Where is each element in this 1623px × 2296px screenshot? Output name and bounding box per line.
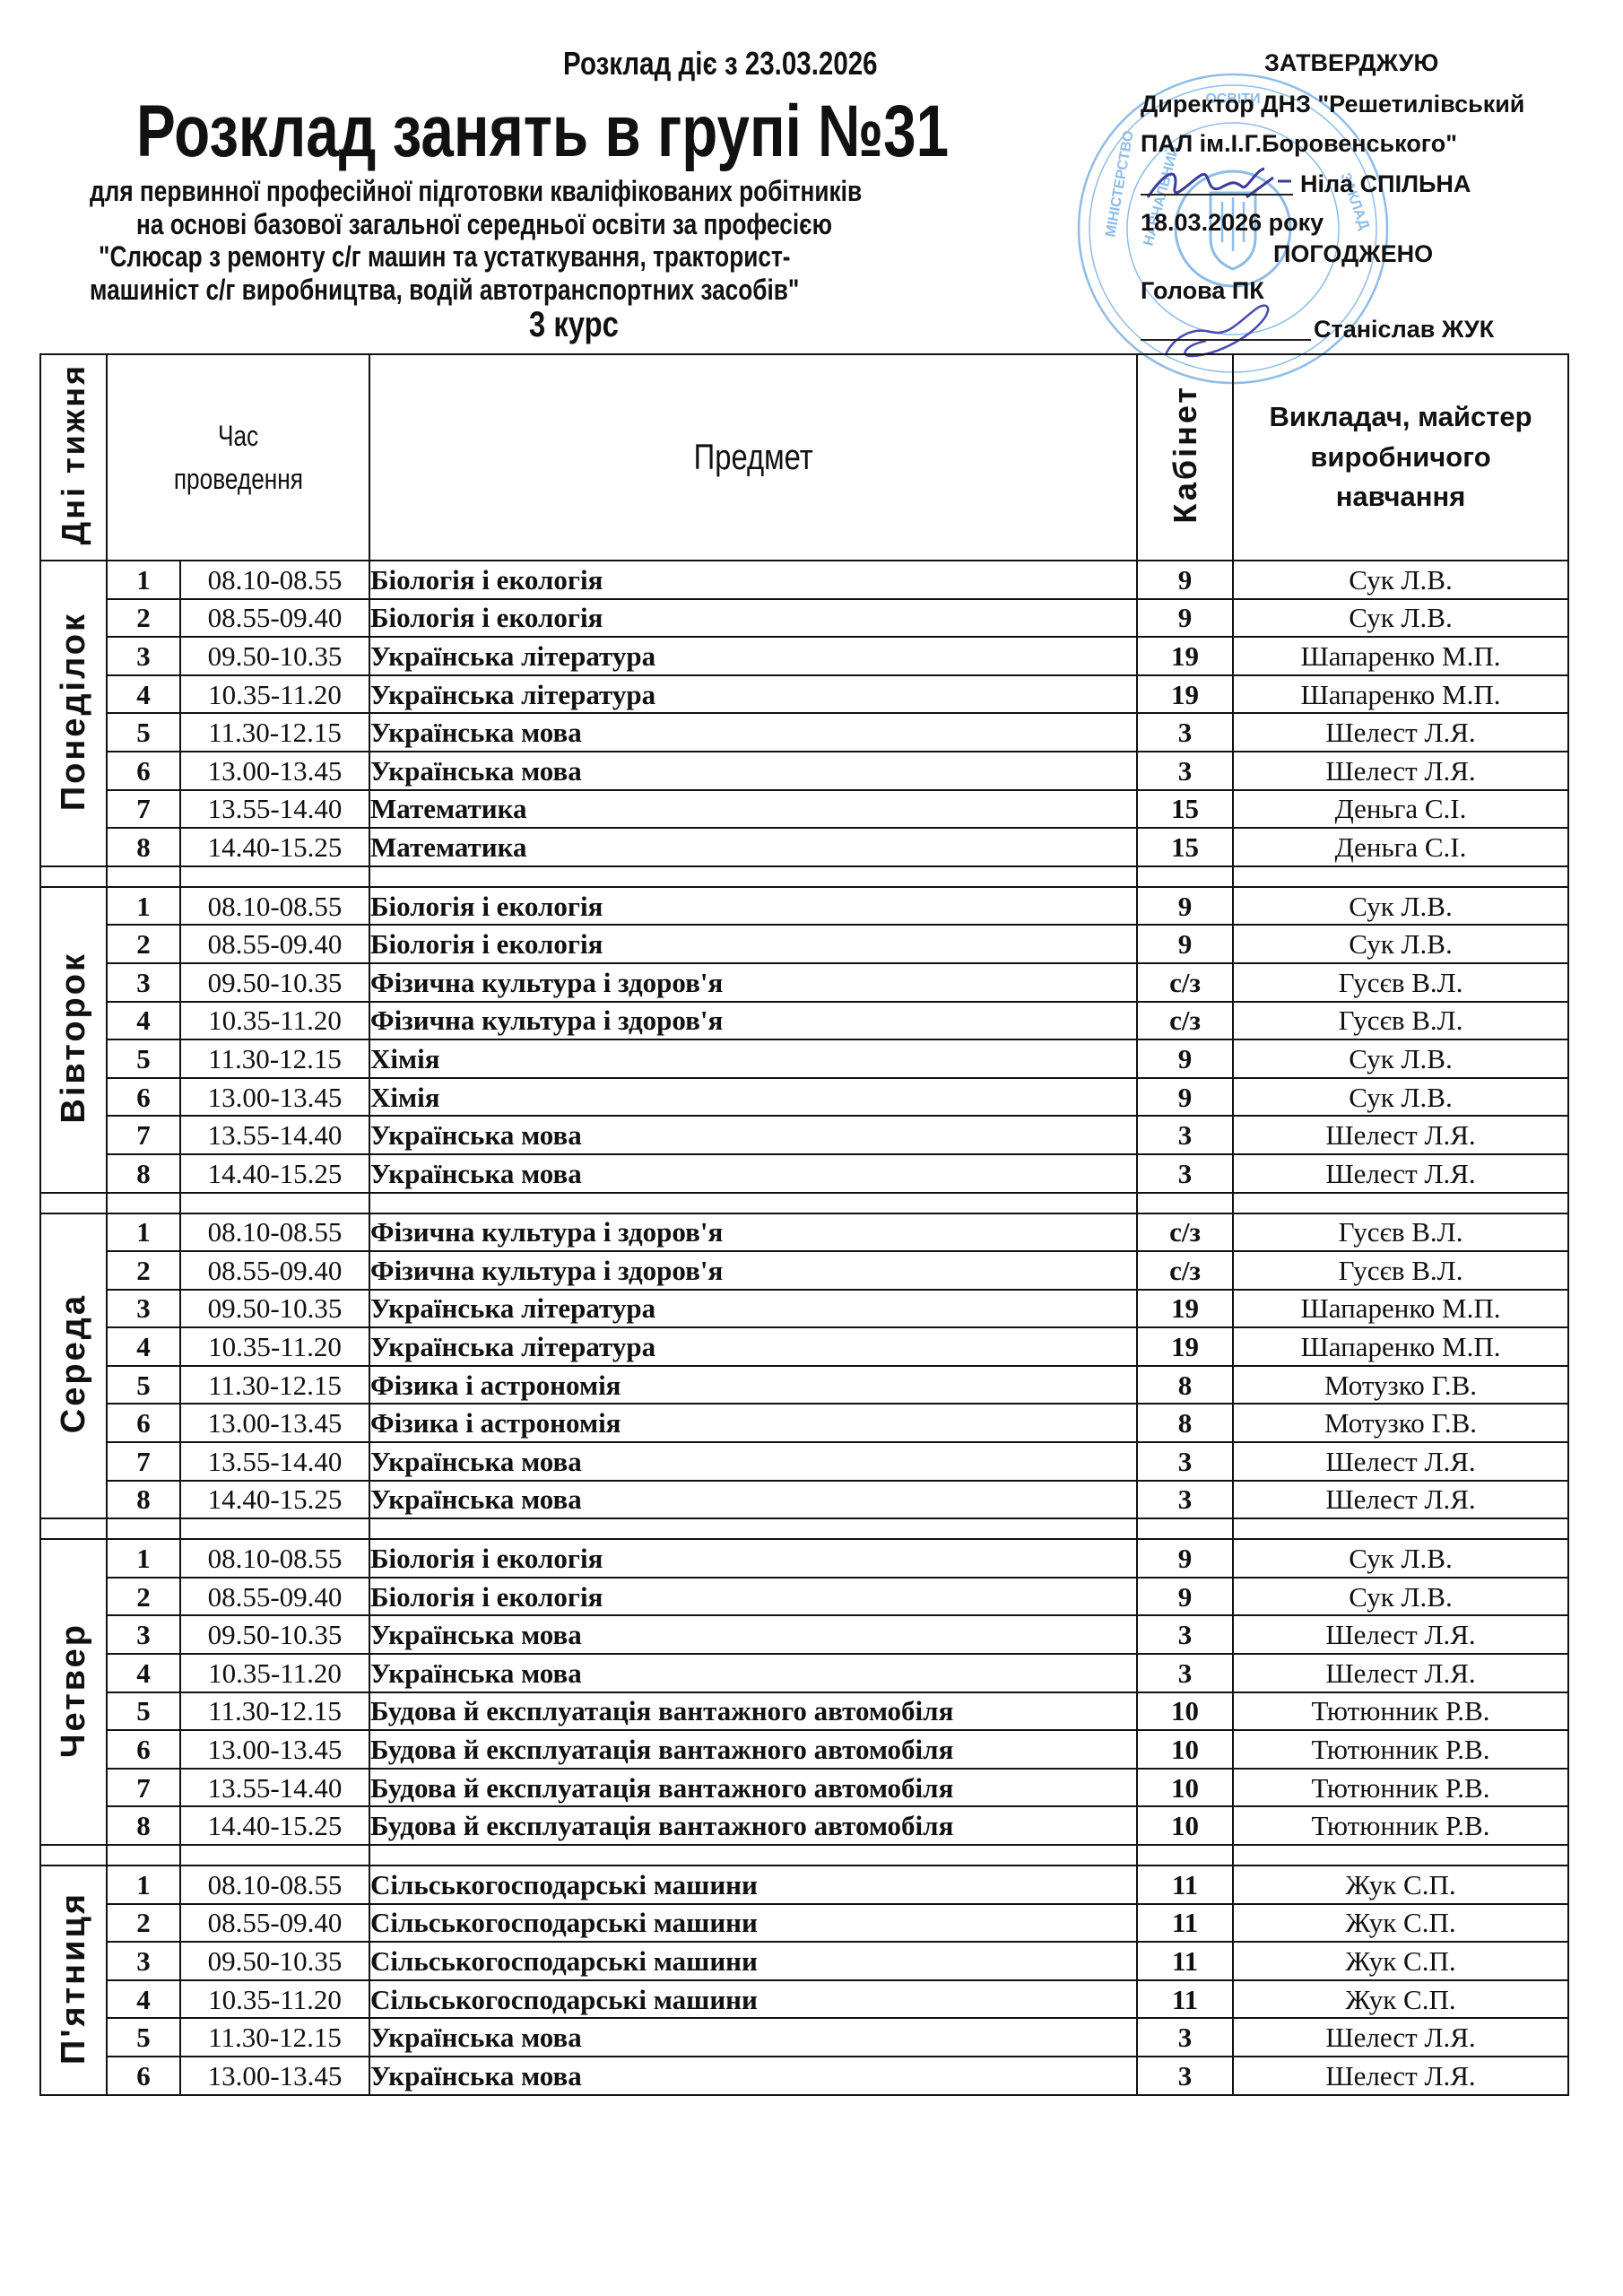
lesson-number: 8: [107, 1154, 180, 1193]
lesson-room: 8: [1137, 1366, 1233, 1405]
lesson-number: 6: [107, 1078, 180, 1117]
table-header-row: Дні тижня Час проведення Предмет Кабінет…: [40, 354, 1568, 561]
lesson-time: 10.35-11.20: [180, 1327, 369, 1366]
column-header-time: Час проведення: [107, 354, 369, 561]
empty-cell: [40, 866, 107, 887]
lesson-subject: Фізика і астрономія: [369, 1366, 1137, 1405]
lesson-subject: Українська мова: [369, 1154, 1137, 1193]
lesson-teacher: Шелест Л.Я.: [1233, 752, 1568, 790]
lesson-subject: Біологія і екологія: [369, 887, 1137, 926]
empty-cell: [40, 1845, 107, 1865]
lesson-subject: Сільськогосподарські машини: [369, 1904, 1137, 1943]
lesson-teacher: Тютюнник Р.В.: [1233, 1806, 1568, 1845]
subtitle-line-1: для первинної професійної підготовки ква…: [90, 175, 1031, 208]
day-label: Четвер: [56, 1622, 91, 1758]
lesson-room: 9: [1137, 1078, 1233, 1117]
empty-cell: [369, 1518, 1137, 1539]
table-row: 208.55-09.40Біологія і екологія9Сук Л.В.: [40, 925, 1568, 963]
column-header-teacher-text: навчання: [1336, 477, 1466, 517]
table-row: 309.50-10.35Українська література19Шапар…: [40, 1290, 1568, 1328]
table-row: 410.35-11.20Українська мова3Шелест Л.Я.: [40, 1654, 1568, 1692]
lesson-teacher: Шапаренко М.П.: [1233, 637, 1568, 675]
lesson-number: 5: [107, 1366, 180, 1405]
table-row: 511.30-12.15Українська мова3Шелест Л.Я.: [40, 713, 1568, 752]
lesson-subject: Хімія: [369, 1078, 1137, 1117]
lesson-room: 3: [1137, 1654, 1233, 1692]
lesson-number: 2: [107, 1251, 180, 1290]
lesson-time: 09.50-10.35: [180, 963, 369, 1002]
lesson-subject: Українська література: [369, 1290, 1137, 1328]
day-label: Середа: [56, 1293, 91, 1433]
lesson-number: 4: [107, 1980, 180, 2019]
table-row: Понеділок108.10-08.55Біологія і екологія…: [40, 561, 1568, 599]
empty-cell: [40, 1518, 107, 1539]
lesson-subject: Українська мова: [369, 1615, 1137, 1654]
table-row: 613.00-13.45Будова й експлуатація вантаж…: [40, 1730, 1568, 1769]
column-header-day: Дні тижня: [40, 354, 107, 561]
lesson-time: 14.40-15.25: [180, 1154, 369, 1193]
course-label: 3 курс: [529, 305, 638, 345]
empty-cell: [40, 1193, 107, 1213]
table-row: 511.30-12.15Фізика і астрономія8Мотузко …: [40, 1366, 1568, 1405]
empty-cell: [369, 1193, 1137, 1213]
schedule-body: Понеділок108.10-08.55Біологія і екологія…: [40, 561, 1568, 2095]
table-row: 613.00-13.45Хімія9Сук Л.В.: [40, 1078, 1568, 1117]
lesson-subject: Українська мова: [369, 1481, 1137, 1519]
lesson-room: 9: [1137, 887, 1233, 926]
lesson-time: 13.55-14.40: [180, 790, 369, 829]
lesson-time: 13.55-14.40: [180, 1442, 369, 1481]
lesson-room: 11: [1137, 1904, 1233, 1943]
director-position-line2: ПАЛ ім.І.Г.Боровенського": [1141, 130, 1457, 158]
empty-cell: [180, 1845, 369, 1865]
lesson-teacher: Сук Л.В.: [1233, 561, 1568, 599]
lesson-subject: Біологія і екологія: [369, 1578, 1137, 1616]
lesson-teacher: Шапаренко М.П.: [1233, 1327, 1568, 1366]
lesson-number: 7: [107, 1442, 180, 1481]
lesson-time: 11.30-12.15: [180, 1366, 369, 1405]
subtitle-text: "Слюсар з ремонту с/г машин та устаткува…: [99, 240, 791, 274]
lesson-room: 3: [1137, 752, 1233, 790]
day-label-cell: Четвер: [40, 1539, 107, 1845]
day-label-cell: Понеділок: [40, 561, 107, 866]
subtitle-text: на основі базової загальної середньої ос…: [136, 208, 832, 241]
day-label-cell: Середа: [40, 1213, 107, 1519]
table-row: 814.40-15.25Українська мова3Шелест Л.Я.: [40, 1154, 1568, 1193]
empty-cell: [369, 1845, 1137, 1865]
lesson-room: с/з: [1137, 1002, 1233, 1040]
lesson-subject: Фізична культура і здоров'я: [369, 1251, 1137, 1290]
lesson-number: 7: [107, 790, 180, 829]
lesson-teacher: Мотузко Г.В.: [1233, 1404, 1568, 1442]
lesson-room: 3: [1137, 1116, 1233, 1154]
lesson-number: 1: [107, 561, 180, 599]
lesson-teacher: Гусєв В.Л.: [1233, 963, 1568, 1002]
column-header-room-text: Кабінет: [1167, 385, 1204, 524]
day-separator-row: [40, 866, 1568, 887]
lesson-number: 5: [107, 1039, 180, 1078]
union-head-position: Голова ПК: [1141, 277, 1264, 305]
lesson-room: с/з: [1137, 963, 1233, 1002]
lesson-number: 5: [107, 1692, 180, 1731]
lesson-teacher: Шапаренко М.П.: [1233, 675, 1568, 714]
subtitle-line-4: машиніст с/г виробництва, водій автотран…: [90, 274, 955, 307]
lesson-teacher: Жук С.П.: [1233, 1980, 1568, 2019]
lesson-room: 3: [1137, 1481, 1233, 1519]
director-signature-icon: [1139, 161, 1296, 206]
lesson-room: 3: [1137, 1615, 1233, 1654]
lesson-teacher: Шелест Л.Я.: [1233, 1116, 1568, 1154]
lesson-number: 2: [107, 1578, 180, 1616]
column-header-subject-text: Предмет: [693, 430, 812, 484]
empty-cell: [1233, 866, 1568, 887]
empty-cell: [1233, 1193, 1568, 1213]
lesson-number: 8: [107, 828, 180, 866]
director-position-line1: Директор ДНЗ "Решетилівський: [1141, 91, 1524, 118]
column-header-teacher-text: виробничого: [1310, 438, 1490, 478]
lesson-time: 11.30-12.15: [180, 1692, 369, 1731]
day-label-cell: Вівторок: [40, 887, 107, 1193]
lesson-time: 09.50-10.35: [180, 1290, 369, 1328]
lesson-room: 9: [1137, 925, 1233, 963]
lesson-subject: Сільськогосподарські машини: [369, 1865, 1137, 1904]
lesson-room: 9: [1137, 1578, 1233, 1616]
lesson-teacher: Жук С.П.: [1233, 1942, 1568, 1980]
table-row: 410.35-11.20Українська література19Шапар…: [40, 675, 1568, 714]
table-row: 713.55-14.40Українська мова3Шелест Л.Я.: [40, 1442, 1568, 1481]
lesson-subject: Математика: [369, 828, 1137, 866]
lesson-teacher: Сук Л.В.: [1233, 1578, 1568, 1616]
empty-cell: [1233, 1518, 1568, 1539]
lesson-room: 9: [1137, 599, 1233, 638]
empty-cell: [107, 1193, 180, 1213]
lesson-room: 3: [1137, 2018, 1233, 2057]
lesson-time: 08.55-09.40: [180, 1904, 369, 1943]
lesson-teacher: Деньга С.І.: [1233, 790, 1568, 829]
day-separator-row: [40, 1193, 1568, 1213]
lesson-time: 13.55-14.40: [180, 1116, 369, 1154]
lesson-teacher: Жук С.П.: [1233, 1904, 1568, 1943]
lesson-subject: Будова й експлуатація вантажного автомоб…: [369, 1806, 1137, 1845]
table-row: 511.30-12.15Хімія9Сук Л.В.: [40, 1039, 1568, 1078]
lesson-subject: Українська література: [369, 1327, 1137, 1366]
lesson-teacher: Деньга С.І.: [1233, 828, 1568, 866]
lesson-number: 4: [107, 1002, 180, 1040]
lesson-number: 2: [107, 599, 180, 638]
lesson-room: 8: [1137, 1404, 1233, 1442]
lesson-time: 13.00-13.45: [180, 1078, 369, 1117]
table-row: 208.55-09.40Фізична культура і здоров'яс…: [40, 1251, 1568, 1290]
union-head-name: Станіслав ЖУК: [1314, 316, 1494, 344]
lesson-number: 6: [107, 2057, 180, 2095]
lesson-room: 19: [1137, 1290, 1233, 1328]
lesson-room: 3: [1137, 713, 1233, 752]
lesson-number: 1: [107, 1213, 180, 1252]
lesson-room: 3: [1137, 1154, 1233, 1193]
lesson-teacher: Гусєв В.Л.: [1233, 1213, 1568, 1252]
subtitle-line-3: "Слюсар з ремонту с/г машин та устаткува…: [99, 240, 942, 274]
lesson-time: 08.10-08.55: [180, 561, 369, 599]
lesson-room: 9: [1137, 1039, 1233, 1078]
union-signature-line: [1141, 339, 1311, 341]
director-name: Ніла СПІЛЬНА: [1300, 170, 1471, 198]
agreed-title: ПОГОДЖЕНО: [1273, 240, 1433, 268]
lesson-teacher: Шелест Л.Я.: [1233, 1442, 1568, 1481]
lesson-teacher: Гусєв В.Л.: [1233, 1251, 1568, 1290]
lesson-subject: Українська література: [369, 637, 1137, 675]
lesson-room: 19: [1137, 1327, 1233, 1366]
lesson-number: 3: [107, 1290, 180, 1328]
lesson-subject: Біологія і екологія: [369, 599, 1137, 638]
table-row: 309.50-10.35Українська література19Шапар…: [40, 637, 1568, 675]
lesson-teacher: Шелест Л.Я.: [1233, 2057, 1568, 2095]
lesson-time: 08.10-08.55: [180, 1539, 369, 1578]
lesson-time: 11.30-12.15: [180, 2018, 369, 2057]
lesson-number: 5: [107, 2018, 180, 2057]
lesson-room: 19: [1137, 637, 1233, 675]
day-separator-row: [40, 1518, 1568, 1539]
table-row: 208.55-09.40Біологія і екологія9Сук Л.В.: [40, 1578, 1568, 1616]
director-signature-line: [1141, 194, 1293, 196]
lesson-teacher: Шелест Л.Я.: [1233, 1615, 1568, 1654]
empty-cell: [180, 866, 369, 887]
empty-cell: [180, 1518, 369, 1539]
lesson-number: 8: [107, 1806, 180, 1845]
lesson-room: с/з: [1137, 1251, 1233, 1290]
lesson-subject: Сільськогосподарські машини: [369, 1942, 1137, 1980]
lesson-time: 11.30-12.15: [180, 713, 369, 752]
lesson-teacher: Тютюнник Р.В.: [1233, 1769, 1568, 1807]
table-row: 814.40-15.25Будова й експлуатація вантаж…: [40, 1806, 1568, 1845]
lesson-time: 11.30-12.15: [180, 1039, 369, 1078]
lesson-room: 15: [1137, 790, 1233, 829]
lesson-teacher: Шелест Л.Я.: [1233, 1481, 1568, 1519]
lesson-number: 4: [107, 1654, 180, 1692]
lesson-subject: Будова й експлуатація вантажного автомоб…: [369, 1730, 1137, 1769]
day-separator-row: [40, 1845, 1568, 1865]
lesson-number: 2: [107, 925, 180, 963]
lesson-room: 11: [1137, 1980, 1233, 2019]
lesson-time: 08.10-08.55: [180, 1865, 369, 1904]
empty-cell: [180, 1193, 369, 1213]
lesson-room: 9: [1137, 1539, 1233, 1578]
valid-from-text: Розклад діє з 23.03.2026: [563, 45, 878, 83]
empty-cell: [369, 866, 1137, 887]
lesson-teacher: Сук Л.В.: [1233, 887, 1568, 926]
lesson-subject: Українська мова: [369, 1654, 1137, 1692]
subtitle-line-2: на основі базової загальної середньої ос…: [136, 208, 985, 241]
table-row: 814.40-15.25Українська мова3Шелест Л.Я.: [40, 1481, 1568, 1519]
empty-cell: [107, 1845, 180, 1865]
lesson-time: 09.50-10.35: [180, 637, 369, 675]
column-header-room: Кабінет: [1137, 354, 1233, 561]
lesson-teacher: Сук Л.В.: [1233, 599, 1568, 638]
lesson-teacher: Мотузко Г.В.: [1233, 1366, 1568, 1405]
lesson-teacher: Шелест Л.Я.: [1233, 2018, 1568, 2057]
table-row: 713.55-14.40Будова й експлуатація вантаж…: [40, 1769, 1568, 1807]
day-label: Вівторок: [56, 952, 91, 1124]
column-header-day-text: Дні тижня: [55, 363, 92, 544]
table-row: 309.50-10.35Українська мова3Шелест Л.Я.: [40, 1615, 1568, 1654]
lesson-teacher: Сук Л.В.: [1233, 1078, 1568, 1117]
lesson-room: 10: [1137, 1806, 1233, 1845]
lesson-time: 08.10-08.55: [180, 887, 369, 926]
lesson-subject: Математика: [369, 790, 1137, 829]
lesson-time: 13.00-13.45: [180, 1404, 369, 1442]
lesson-subject: Українська література: [369, 675, 1137, 714]
course-text: 3 курс: [529, 305, 619, 345]
lesson-subject: Будова й експлуатація вантажного автомоб…: [369, 1692, 1137, 1731]
lesson-time: 13.00-13.45: [180, 1730, 369, 1769]
day-label: Понеділок: [56, 612, 91, 811]
lesson-subject: Фізична культура і здоров'я: [369, 963, 1137, 1002]
lesson-time: 10.35-11.20: [180, 1002, 369, 1040]
column-header-time-text: Час: [218, 414, 258, 457]
table-row: П'ятниця108.10-08.55Сільськогосподарські…: [40, 1865, 1568, 1904]
column-header-time-text: проведення: [173, 457, 302, 500]
lesson-time: 10.35-11.20: [180, 1654, 369, 1692]
table-row: 613.00-13.45Фізика і астрономія8Мотузко …: [40, 1404, 1568, 1442]
lesson-time: 14.40-15.25: [180, 1806, 369, 1845]
lesson-number: 1: [107, 1865, 180, 1904]
lesson-number: 6: [107, 1730, 180, 1769]
lesson-time: 08.10-08.55: [180, 1213, 369, 1252]
lesson-subject: Фізична культура і здоров'я: [369, 1213, 1137, 1252]
lesson-number: 8: [107, 1481, 180, 1519]
lesson-number: 3: [107, 1942, 180, 1980]
lesson-number: 4: [107, 675, 180, 714]
table-row: 814.40-15.25Математика15Деньга С.І.: [40, 828, 1568, 866]
table-row: 613.00-13.45Українська мова3Шелест Л.Я.: [40, 2057, 1568, 2095]
lesson-time: 08.55-09.40: [180, 1251, 369, 1290]
column-header-teacher-text: Викладач, майстер: [1269, 397, 1532, 438]
table-row: 410.35-11.20Сільськогосподарські машини1…: [40, 1980, 1568, 2019]
lesson-teacher: Сук Л.В.: [1233, 925, 1568, 963]
column-header-teacher: Викладач, майстер виробничого навчання: [1233, 354, 1568, 561]
lesson-number: 3: [107, 1615, 180, 1654]
table-row: Середа108.10-08.55Фізична культура і здо…: [40, 1213, 1568, 1252]
table-row: 309.50-10.35Сільськогосподарські машини1…: [40, 1942, 1568, 1980]
table-row: 208.55-09.40Сільськогосподарські машини1…: [40, 1904, 1568, 1943]
lesson-subject: Українська мова: [369, 2018, 1137, 2057]
lesson-number: 2: [107, 1904, 180, 1943]
lesson-number: 7: [107, 1769, 180, 1807]
lesson-subject: Сільськогосподарські машини: [369, 1980, 1137, 2019]
lesson-subject: Біологія і екологія: [369, 561, 1137, 599]
day-label-cell: П'ятниця: [40, 1865, 107, 2095]
lesson-teacher: Шелест Л.Я.: [1233, 1154, 1568, 1193]
lesson-time: 09.50-10.35: [180, 1615, 369, 1654]
lesson-teacher: Гусєв В.Л.: [1233, 1002, 1568, 1040]
schedule-table: Дні тижня Час проведення Предмет Кабінет…: [39, 353, 1569, 2096]
empty-cell: [107, 866, 180, 887]
empty-cell: [107, 1518, 180, 1539]
lesson-room: 10: [1137, 1769, 1233, 1807]
lesson-room: 10: [1137, 1730, 1233, 1769]
lesson-room: 15: [1137, 828, 1233, 866]
lesson-teacher: Жук С.П.: [1233, 1865, 1568, 1904]
table-row: Четвер108.10-08.55Біологія і екологія9Су…: [40, 1539, 1568, 1578]
lesson-room: 3: [1137, 2057, 1233, 2095]
day-label: П'ятниця: [56, 1892, 91, 2065]
lesson-room: 3: [1137, 1442, 1233, 1481]
lesson-subject: Українська мова: [369, 1116, 1137, 1154]
table-row: 511.30-12.15Українська мова3Шелест Л.Я.: [40, 2018, 1568, 2057]
lesson-subject: Фізика і астрономія: [369, 1404, 1137, 1442]
empty-cell: [1137, 1845, 1233, 1865]
lesson-subject: Будова й експлуатація вантажного автомоб…: [369, 1769, 1137, 1807]
lesson-time: 13.00-13.45: [180, 752, 369, 790]
lesson-room: 9: [1137, 561, 1233, 599]
table-row: 713.55-14.40Українська мова3Шелест Л.Я.: [40, 1116, 1568, 1154]
lesson-teacher: Шапаренко М.П.: [1233, 1290, 1568, 1328]
lesson-subject: Українська мова: [369, 1442, 1137, 1481]
lesson-number: 3: [107, 637, 180, 675]
lesson-room: 11: [1137, 1865, 1233, 1904]
empty-cell: [1137, 866, 1233, 887]
lesson-room: с/з: [1137, 1213, 1233, 1252]
page-title-text: Розклад занять в групі №31: [136, 90, 949, 174]
lesson-teacher: Шелест Л.Я.: [1233, 1654, 1568, 1692]
lesson-time: 14.40-15.25: [180, 1481, 369, 1519]
subtitle-text: для первинної професійної підготовки ква…: [90, 175, 862, 208]
lesson-time: 14.40-15.25: [180, 828, 369, 866]
table-row: 208.55-09.40Біологія і екологія9Сук Л.В.: [40, 599, 1568, 638]
lesson-teacher: Сук Л.В.: [1233, 1039, 1568, 1078]
lesson-subject: Українська мова: [369, 713, 1137, 752]
lesson-time: 08.55-09.40: [180, 1578, 369, 1616]
lesson-number: 5: [107, 713, 180, 752]
lesson-subject: Хімія: [369, 1039, 1137, 1078]
approve-date: 18.03.2026 року: [1141, 209, 1324, 237]
table-row: Вівторок108.10-08.55Біологія і екологія9…: [40, 887, 1568, 926]
approve-title: ЗАТВЕРДЖУЮ: [1264, 49, 1438, 77]
lesson-time: 08.55-09.40: [180, 925, 369, 963]
table-row: 410.35-11.20Українська література19Шапар…: [40, 1327, 1568, 1366]
lesson-time: 09.50-10.35: [180, 1942, 369, 1980]
lesson-time: 13.00-13.45: [180, 2057, 369, 2095]
lesson-time: 10.35-11.20: [180, 1980, 369, 2019]
lesson-number: 6: [107, 752, 180, 790]
lesson-number: 7: [107, 1116, 180, 1154]
lesson-number: 6: [107, 1404, 180, 1442]
empty-cell: [1137, 1518, 1233, 1539]
lesson-teacher: Тютюнник Р.В.: [1233, 1730, 1568, 1769]
lesson-room: 19: [1137, 675, 1233, 714]
empty-cell: [1137, 1193, 1233, 1213]
lesson-time: 08.55-09.40: [180, 599, 369, 638]
page-title: Розклад занять в групі №31: [136, 90, 1152, 174]
lesson-time: 13.55-14.40: [180, 1769, 369, 1807]
table-row: 713.55-14.40Математика15Деньга С.І.: [40, 790, 1568, 829]
subtitle-text: машиніст с/г виробництва, водій автотран…: [90, 274, 799, 307]
lesson-room: 10: [1137, 1692, 1233, 1731]
lesson-subject: Українська мова: [369, 2057, 1137, 2095]
valid-from-date: Розклад діє з 23.03.2026: [563, 45, 947, 83]
table-row: 410.35-11.20Фізична культура і здоров'яс…: [40, 1002, 1568, 1040]
table-row: 511.30-12.15Будова й експлуатація вантаж…: [40, 1692, 1568, 1731]
lesson-number: 3: [107, 963, 180, 1002]
column-header-subject: Предмет: [369, 354, 1137, 561]
lesson-number: 1: [107, 1539, 180, 1578]
lesson-number: 4: [107, 1327, 180, 1366]
lesson-time: 10.35-11.20: [180, 675, 369, 714]
lesson-subject: Біологія і екологія: [369, 1539, 1137, 1578]
lesson-subject: Українська мова: [369, 752, 1137, 790]
lesson-teacher: Сук Л.В.: [1233, 1539, 1568, 1578]
lesson-teacher: Тютюнник Р.В.: [1233, 1692, 1568, 1731]
table-row: 309.50-10.35Фізична культура і здоров'яс…: [40, 963, 1568, 1002]
